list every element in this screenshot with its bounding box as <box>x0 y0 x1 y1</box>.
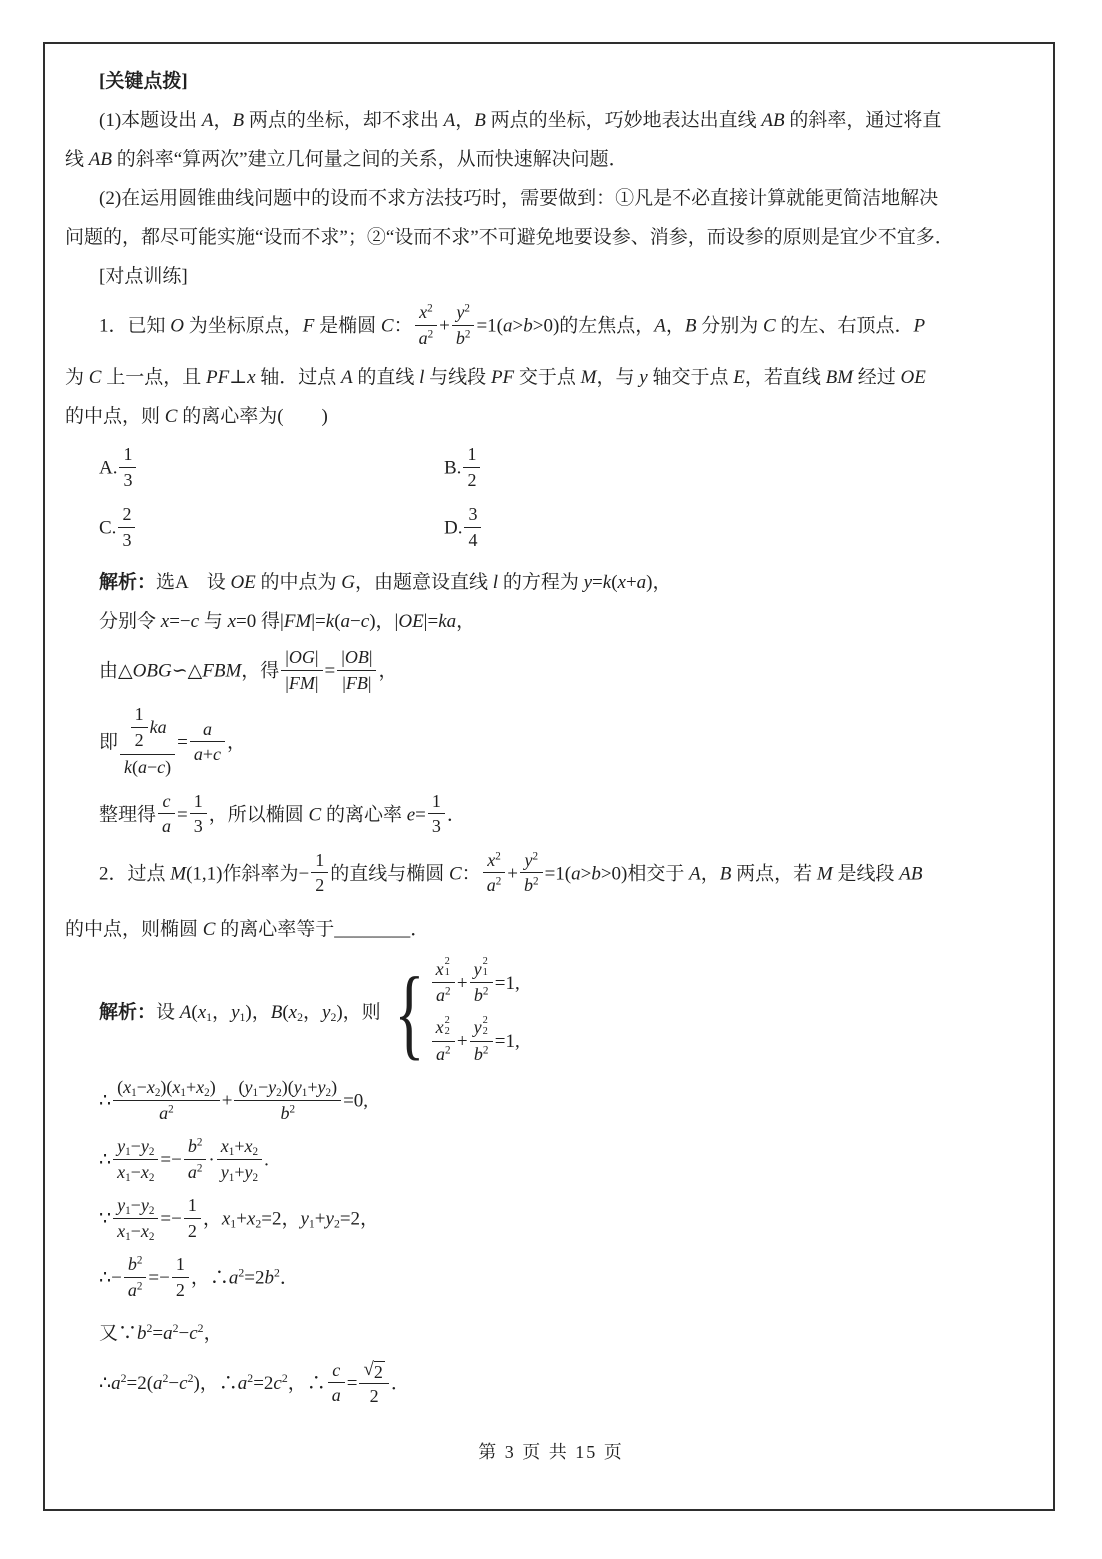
keypoints-para2-line2: 问题的，都尽可能实施“设而不求”；②“设而不求”不可避免地要设参、消参，而设参的… <box>65 218 970 257</box>
solution2-setup: 解析：设 A(x1，y1)，B(x2，y2)，则{x21a2+y21b2=1,x… <box>65 960 970 1068</box>
system-equations: x21a2+y21b2=1,x22a2+y22b2=1, <box>430 960 520 1068</box>
solution1-step4: 即12kak(a−c)=aa+c， <box>65 707 970 781</box>
solution1-step2: 分别令 x=−c 与 x=0 得|FM|=k(a−c)，|OE|=ka， <box>65 602 970 641</box>
training-heading: [对点训练] <box>65 257 970 296</box>
question1-line3: 的中点，则 C 的离心率为( ) <box>65 397 970 436</box>
solution2-step3: ∴y1−y2x1−x2=−b2a2·x1+x2y1+y2. <box>65 1137 970 1185</box>
question2-line2: 的中点，则椭圆 C 的离心率等于________． <box>65 910 970 949</box>
solution1-step5: 整理得ca=13，所以椭圆 C 的离心率 e=13． <box>65 792 970 840</box>
question1-line2: 为 C 上一点，且 PF⊥x 轴．过点 A 的直线 l 与线段 PF 交于点 M… <box>65 358 970 397</box>
page-footer: 第 3 页 共 15 页 <box>0 1438 1102 1464</box>
solution2-setup-text: 解析：设 A(x1，y1)，B(x2，y2)，则 <box>99 1002 381 1023</box>
option-c: C.23 <box>99 505 444 553</box>
system-equation-2: x22a2+y22b2=1, <box>430 1018 520 1067</box>
keypoints-para2-line1: (2)在运用圆锥曲线问题中的设而不求方法技巧时，需要做到：①凡是不必直接计算就能… <box>65 179 970 218</box>
solution2-step5: ∴−b2a2=−12，∴a2=2b2． <box>65 1255 970 1303</box>
option-a: A.13 <box>99 445 444 493</box>
system-equation-1: x21a2+y21b2=1, <box>430 960 520 1009</box>
document-page: [关键点拨] (1)本题设出 A，B 两点的坐标，却不求出 A，B 两点的坐标，… <box>0 0 1102 1559</box>
question2-line1: 2．过点 M(1,1)作斜率为−12的直线与椭圆 C：x2a2+y2b2=1(a… <box>65 851 970 899</box>
solution2-step2: ∴(x1−x2)(x1+x2)a2+(y1−y2)(y1+y2)b2=0, <box>65 1078 970 1126</box>
solution1-step1: 解析：选A 设 OE 的中点为 G，由题意设直线 l 的方程为 y=k(x+a)… <box>65 563 970 602</box>
question1-line1: 1．已知 O 为坐标原点，F 是椭圆 C：x2a2+y2b2=1(a>b>0)的… <box>65 303 970 351</box>
option-b: B.12 <box>444 445 970 493</box>
keypoints-para1-line2: 线 AB 的斜率“算两次”建立几何量之间的关系，从而快速解决问题． <box>65 140 970 179</box>
solution2-step6: 又∵b2=a2−c2， <box>65 1314 970 1353</box>
page-content: [关键点拨] (1)本题设出 A，B 两点的坐标，却不求出 A，B 两点的坐标，… <box>65 62 970 1417</box>
system-brace: { <box>394 972 424 1056</box>
keypoints-para1-line1: (1)本题设出 A，B 两点的坐标，却不求出 A，B 两点的坐标，巧妙地表达出直… <box>65 101 970 140</box>
option-d: D.34 <box>444 505 970 553</box>
solution2-step4: ∵y1−y2x1−x2=−12，x1+x2=2，y1+y2=2， <box>65 1196 970 1244</box>
solution2-step7: ∴a2=2(a2−c2)，∴a2=2c2，∴ca=√22． <box>65 1360 970 1409</box>
keypoints-heading: [关键点拨] <box>65 62 970 101</box>
solution1-step3: 由△OBG∽△FBM，得|OG||FM|=|OB||FB|， <box>65 648 970 696</box>
equation-system: {x21a2+y21b2=1,x22a2+y22b2=1, <box>385 960 520 1068</box>
options-grid: A.13 B.12 C.23 D.34 <box>65 445 970 553</box>
